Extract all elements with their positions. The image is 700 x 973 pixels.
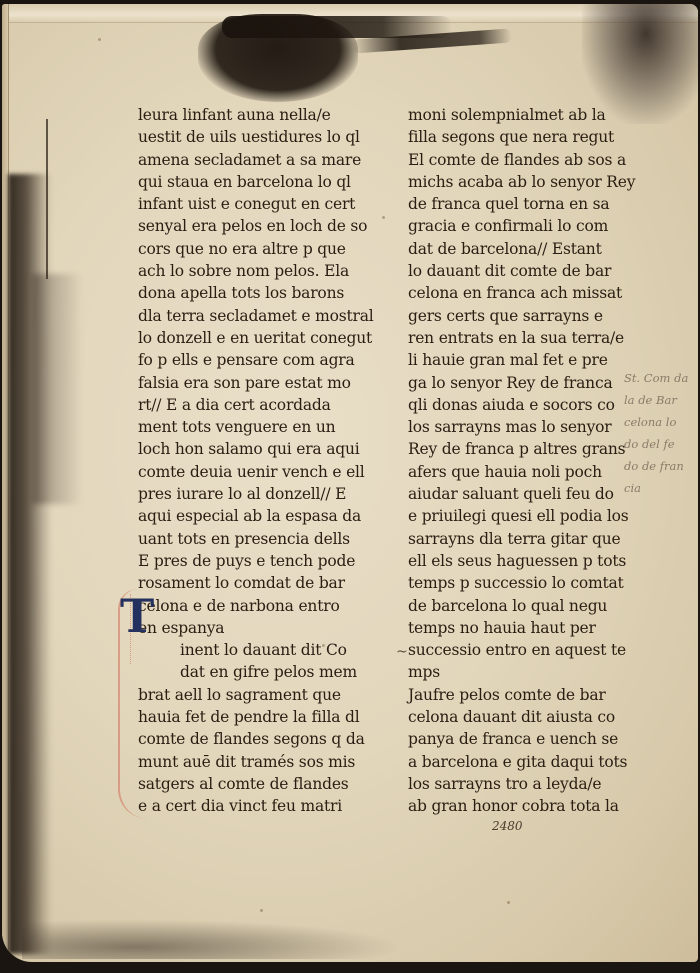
- text-line: aiudar saluant queli feu do: [408, 483, 638, 505]
- text-line: gers certs que sarrayns e: [408, 305, 638, 327]
- text-line: inent lo dauant dit Co: [138, 639, 378, 661]
- text-line: de barcelona lo qual negu: [408, 595, 638, 617]
- text-line: e priuilegi quesi ell podia los: [408, 505, 638, 527]
- stain-left-margin: [8, 174, 52, 954]
- text-line: de franca quel torna en sa: [408, 193, 638, 215]
- decorated-initial: T: [120, 592, 166, 640]
- text-column-left: leura linfant auna nella/e uestit de uil…: [138, 104, 378, 818]
- text-line: brat aell lo sagrament que: [138, 684, 378, 706]
- text-line: michs acaba ab lo senyor Rey: [408, 171, 638, 193]
- marginal-line: la de Bar: [624, 389, 696, 411]
- text-line: rt// E a dia cert acordada: [138, 394, 378, 416]
- text-line: qli donas aiuda e socors co: [408, 394, 638, 416]
- text-line: infant uist e conegut en cert: [138, 193, 378, 215]
- text-line: dla terra secladamet e mostral: [138, 305, 378, 327]
- marginal-line: celona lo: [624, 411, 696, 433]
- text-line: rosament lo comdat de bar: [138, 572, 378, 594]
- text-line: pres iurare lo al donzell// E: [138, 483, 378, 505]
- text-line: los sarrayns mas lo senyor: [408, 416, 638, 438]
- text-line: celona en franca ach missat: [408, 282, 638, 304]
- speck: [382, 216, 385, 219]
- text-line: ment tots venguere en un: [138, 416, 378, 438]
- text-line: a barcelona e gita daqui tots: [408, 751, 638, 773]
- text-line: fo p ells e pensare com agra: [138, 349, 378, 371]
- ruling-line-left: [46, 119, 48, 279]
- text-line: qui staua en barcelona lo ql: [138, 171, 378, 193]
- text-line: aqui especial ab la espasa da: [138, 505, 378, 527]
- text-line: dat en gifre pelos mem: [138, 661, 378, 683]
- text-line: sarrayns dla terra gitar que: [408, 528, 638, 550]
- marginal-line: do del fe: [624, 433, 696, 455]
- ink-streak-top-2: [352, 28, 513, 53]
- text-line: hauia fet de pendre la filla dl: [138, 706, 378, 728]
- ink-blot-top: [198, 14, 358, 102]
- text-line: en espanya: [138, 617, 378, 639]
- marginal-line: cia: [624, 477, 696, 499]
- text-line: leura linfant auna nella/e: [138, 104, 378, 126]
- text-line: Jaufre pelos comte de bar: [408, 684, 638, 706]
- text-line: afers que hauia noli poch: [408, 461, 638, 483]
- speck: [98, 38, 101, 41]
- text-line: moni solempnialmet ab la: [408, 104, 638, 126]
- text-line: ach lo sobre nom pelos. Ela: [138, 260, 378, 282]
- text-line: loch hon salamo qui era aqui: [138, 438, 378, 460]
- text-line: falsia era son pare estat mo: [138, 372, 378, 394]
- stain-left-margin-2: [32, 274, 82, 504]
- text-line: cors que no era altre p que: [138, 238, 378, 260]
- text-line: temps p successio lo comtat: [408, 572, 638, 594]
- stain-bottom: [22, 919, 402, 959]
- text-line: los sarrayns tro a leyda/e: [408, 773, 638, 795]
- speck: [260, 909, 263, 912]
- text-line: panya de franca e uench se: [408, 728, 638, 750]
- text-line: El comte de flandes ab sos a: [408, 149, 638, 171]
- text-line: dat de barcelona// Estant: [408, 238, 638, 260]
- marginal-line: St. Com da: [624, 367, 696, 389]
- paragraph-mark: ~: [396, 644, 408, 660]
- text-line: temps no hauia haut per: [408, 617, 638, 639]
- text-line: li hauie gran mal fet e pre: [408, 349, 638, 371]
- page-left-edge: [2, 4, 9, 962]
- text-line: munt auē dit tramés sos mis: [138, 751, 378, 773]
- manuscript-page: leura linfant auna nella/e uestit de uil…: [2, 4, 698, 962]
- text-line: dona apella tots los barons: [138, 282, 378, 304]
- text-line: mps: [408, 661, 638, 683]
- text-line: ren entrats en la sua terra/e: [408, 327, 638, 349]
- folio-number: 2480: [492, 819, 523, 833]
- marginal-line: do de fran: [624, 455, 696, 477]
- text-line: lo dauant dit comte de bar: [408, 260, 638, 282]
- text-line: E pres de puys e tench pode: [138, 550, 378, 572]
- text-line: uant tots en presencia dells: [138, 528, 378, 550]
- text-line: lo donzell e en ueritat conegut: [138, 327, 378, 349]
- page-top-edge: [2, 4, 698, 23]
- text-line: e a cert dia vinct feu matri: [138, 795, 378, 817]
- text-line: ga lo senyor Rey de franca: [408, 372, 638, 394]
- text-line: comte deuia uenir vench e ell: [138, 461, 378, 483]
- text-line: ab gran honor cobra tota la: [408, 795, 638, 817]
- text-line: celona dauant dit aiusta co: [408, 706, 638, 728]
- text-line: filla segons que nera regut: [408, 126, 638, 148]
- text-line: satgers al comte de flandes: [138, 773, 378, 795]
- text-line: successio entro en aquest te: [408, 639, 638, 661]
- text-line: amena secladamet a sa mare: [138, 149, 378, 171]
- text-line: comte de flandes segons q da: [138, 728, 378, 750]
- marginal-annotation: St. Com da la de Bar celona lo do del fe…: [624, 367, 696, 499]
- text-line: uestit de uils uestidures lo ql: [138, 126, 378, 148]
- text-line: ell els seus haguessen p tots: [408, 550, 638, 572]
- speck: [507, 901, 510, 904]
- text-line: senyal era pelos en loch de so: [138, 215, 378, 237]
- text-column-right: moni solempnialmet ab la filla segons qu…: [408, 104, 638, 818]
- text-line: celona e de narbona entro: [138, 595, 378, 617]
- text-line: Rey de franca p altres grans: [408, 438, 638, 460]
- text-line: gracia e confirmali lo com: [408, 215, 638, 237]
